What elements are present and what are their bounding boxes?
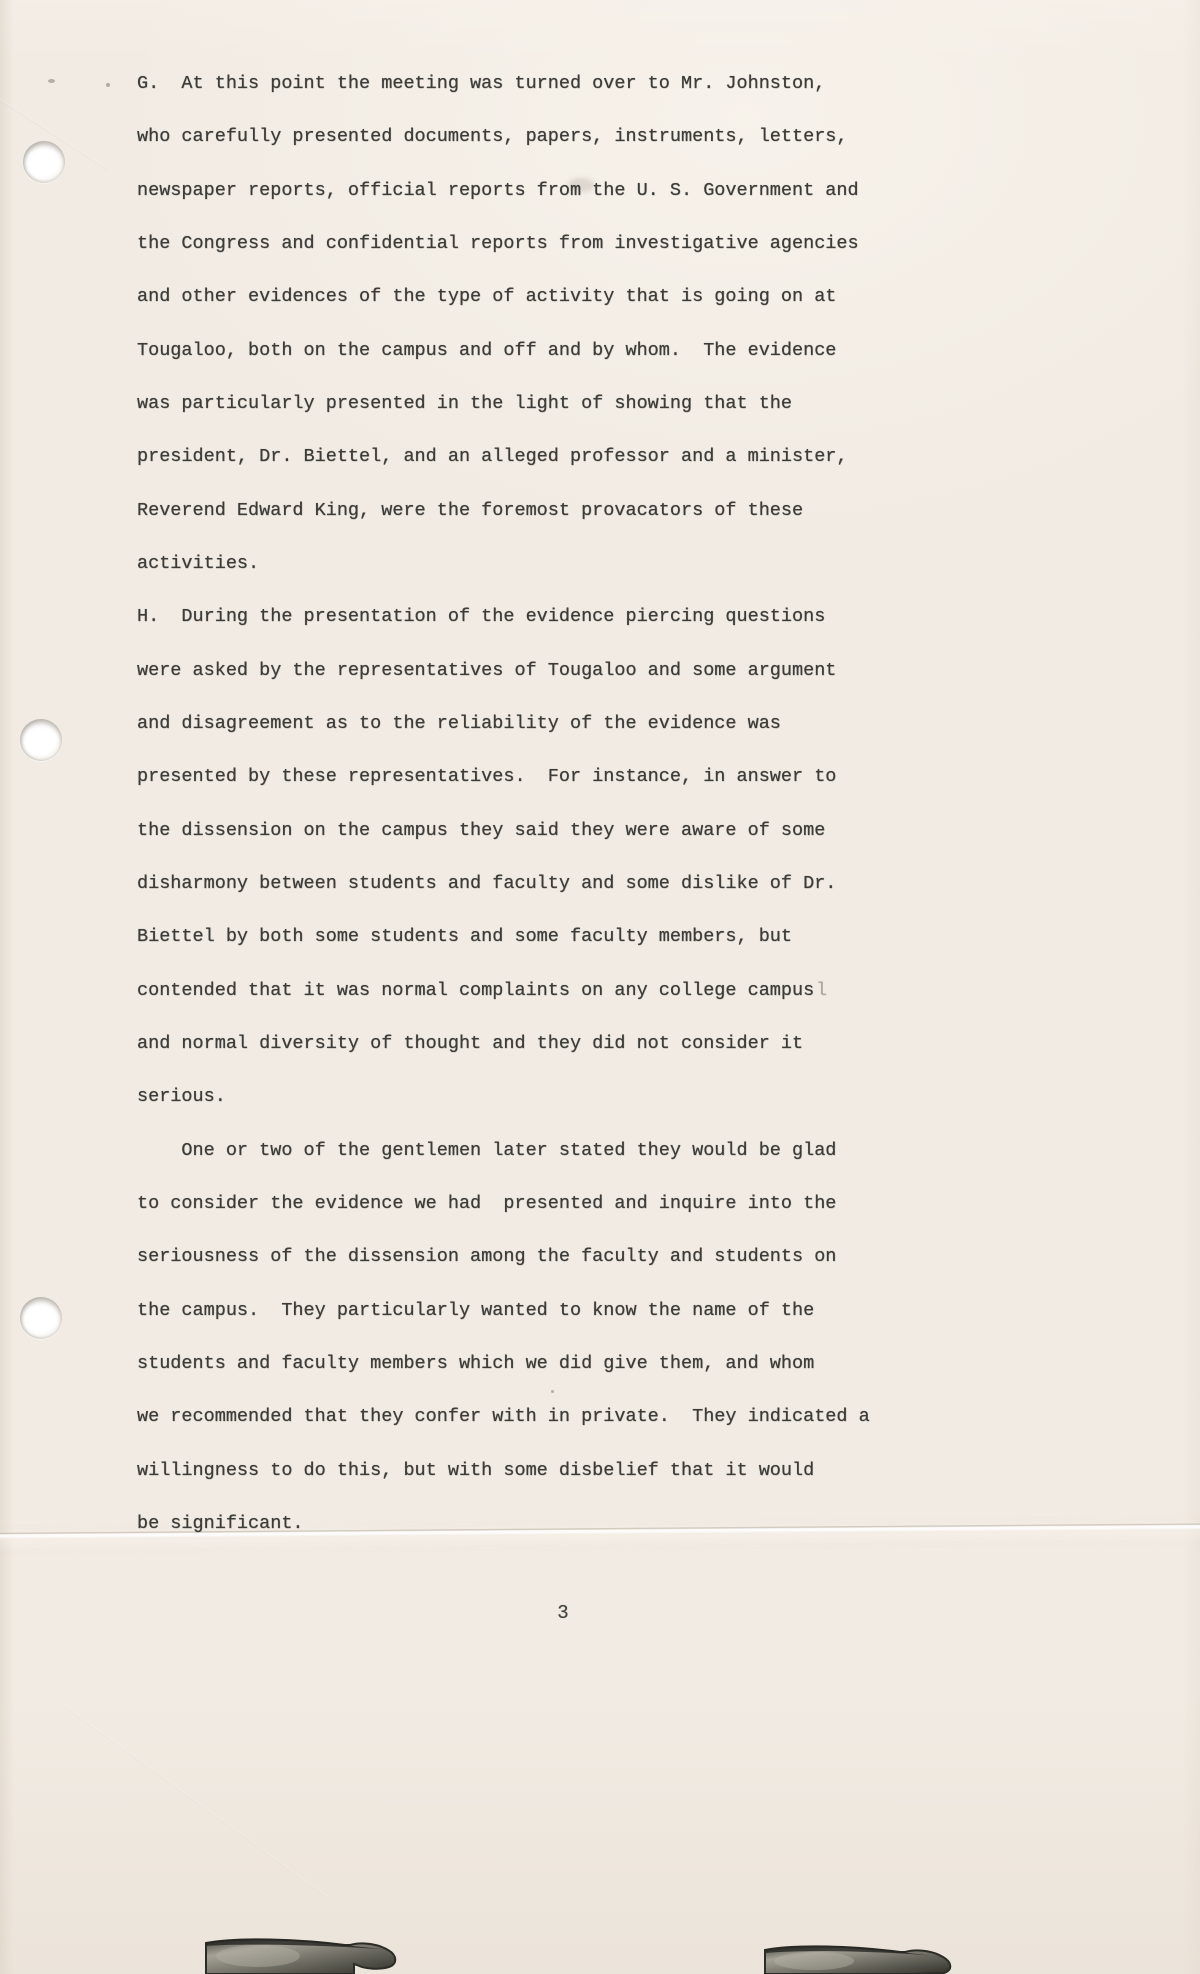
text-line: activities. xyxy=(137,537,1137,590)
page-number: 3 xyxy=(548,1598,578,1628)
hole-punch xyxy=(20,1297,62,1339)
text-line: serious. xyxy=(137,1070,1137,1123)
text-line: Tougaloo, both on the campus and off and… xyxy=(137,324,1137,377)
text-line: and normal diversity of thought and they… xyxy=(137,1017,1137,1070)
text-line: we recommended that they confer with in … xyxy=(137,1390,1137,1443)
text-line: who carefully presented documents, paper… xyxy=(137,110,1137,163)
text-line: H. During the presentation of the eviden… xyxy=(137,590,1137,643)
text-line: students and faculty members which we di… xyxy=(137,1337,1137,1390)
binder-clip-mark-right xyxy=(762,1942,958,1974)
text-line: were asked by the representatives of Tou… xyxy=(137,644,1137,697)
hole-punch xyxy=(23,141,65,183)
text-line: Reverend Edward King, were the foremost … xyxy=(137,484,1137,537)
text-line: the Congress and confidential reports fr… xyxy=(137,217,1137,270)
text-line: G. At this point the meeting was turned … xyxy=(137,57,1137,110)
text-line: and disagreement as to the reliability o… xyxy=(137,697,1137,750)
typewritten-text: G. At this point the meeting was turned … xyxy=(137,57,1137,1550)
text-line: newspaper reports, official reports from… xyxy=(137,164,1137,217)
text-line: seriousness of the dissension among the … xyxy=(137,1230,1137,1283)
text-line: and other evidences of the type of activ… xyxy=(137,270,1137,323)
text-line: the dissension on the campus they said t… xyxy=(137,804,1137,857)
text-line: was particularly presented in the light … xyxy=(137,377,1137,430)
paragraph-h: H. During the presentation of the eviden… xyxy=(137,590,1137,1123)
paragraph-g: G. At this point the meeting was turned … xyxy=(137,57,1137,590)
hole-punch xyxy=(20,719,62,761)
scanned-document-page: G. At this point the meeting was turned … xyxy=(0,0,1200,1974)
paragraph-closing: One or two of the gentlemen later stated… xyxy=(137,1124,1137,1551)
stray-typewriter-mark: l xyxy=(816,964,827,1017)
binder-clip-mark-left xyxy=(203,1934,403,1974)
text-line: presented by these representatives. For … xyxy=(137,750,1137,803)
ink-speck xyxy=(106,83,110,87)
text-line: willingness to do this, but with some di… xyxy=(137,1444,1137,1497)
paper-crease xyxy=(61,1703,329,1899)
ink-speck xyxy=(48,79,55,83)
text-line: contended that it was normal complaints … xyxy=(137,964,1137,1017)
text-line: Biettel by both some students and some f… xyxy=(137,910,1137,963)
text-line: the campus. They particularly wanted to … xyxy=(137,1284,1137,1337)
text-line: One or two of the gentlemen later stated… xyxy=(137,1124,1137,1177)
text-line: be significant. xyxy=(137,1497,1137,1550)
text-line: president, Dr. Biettel, and an alleged p… xyxy=(137,430,1137,483)
text-line: to consider the evidence we had presente… xyxy=(137,1177,1137,1230)
text-line: disharmony between students and faculty … xyxy=(137,857,1137,910)
